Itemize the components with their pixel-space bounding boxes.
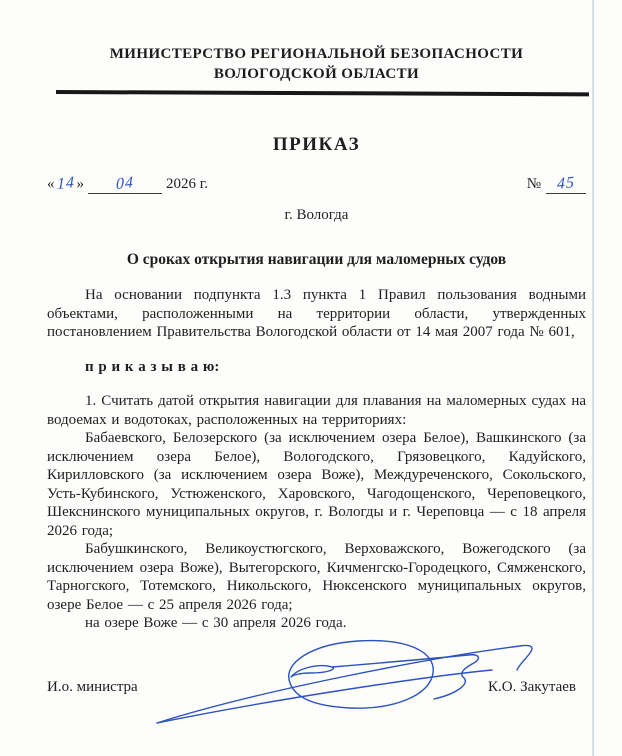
ministry-name-line2: ВОЛОГОДСКОЙ ОБЛАСТИ — [47, 64, 586, 84]
scan-artifact-line — [592, 0, 594, 756]
date-number-row: «14»042026 г. №45 — [47, 176, 586, 194]
paragraph-group2: Бабушкинского, Великоустюгского, Верхова… — [47, 540, 586, 614]
subject-heading: О сроках открытия навигации для маломерн… — [47, 251, 586, 269]
number-underline: 45 — [546, 176, 586, 194]
paragraph-group1: Бабаевского, Белозерского (за исключение… — [47, 429, 586, 540]
document-title: ПРИКАЗ — [47, 134, 586, 156]
month-underline: 04 — [88, 176, 162, 194]
number-block: №45 — [527, 176, 586, 194]
paragraph-basis: На основании подпункта 1.3 пункта 1 Прав… — [47, 286, 586, 342]
number-sign: № — [527, 176, 541, 192]
header-rule — [56, 90, 589, 96]
handwritten-month: 04 — [116, 175, 134, 192]
year-label: 2026 г. — [166, 176, 208, 192]
signature-row: И.о. министра К.О. Закутаев — [47, 679, 586, 696]
open-quote: « — [47, 176, 55, 192]
document-page: МИНИСТЕРСТВО РЕГИОНАЛЬНОЙ БЕЗОПАСНОСТИ В… — [0, 0, 622, 756]
date-block: «14»042026 г. — [47, 176, 208, 194]
handwritten-number: 45 — [557, 175, 575, 192]
place-line: г. Вологда — [47, 207, 586, 224]
close-quote: » — [77, 176, 85, 192]
handwritten-day: 14 — [57, 175, 75, 192]
order-word: п р и к а з ы в а ю: — [47, 358, 586, 377]
signer-name: К.О. Закутаев — [488, 679, 576, 696]
paragraph-item1: 1. Считать датой открытия навигации для … — [47, 392, 586, 429]
ministry-header: МИНИСТЕРСТВО РЕГИОНАЛЬНОЙ БЕЗОПАСНОСТИ В… — [47, 44, 586, 84]
signer-position: И.о. министра — [47, 679, 138, 696]
paragraph-group3: на озере Воже — с 30 апреля 2026 года. — [47, 614, 586, 633]
ministry-name-line1: МИНИСТЕРСТВО РЕГИОНАЛЬНОЙ БЕЗОПАСНОСТИ — [47, 44, 586, 64]
